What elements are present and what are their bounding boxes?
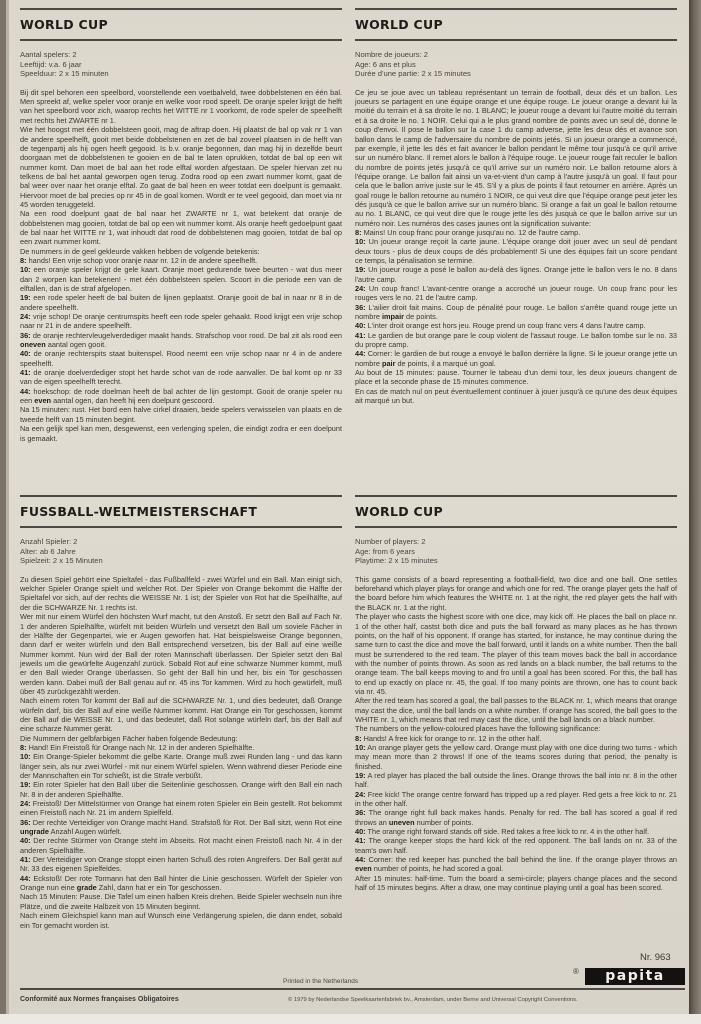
rule-item: 10: een oranje speler krijgt de gele kaa… [20,265,342,293]
rule-paragraph: Nach 15 Minuten: Pause. Die Tafel um ein… [20,892,342,911]
field-number: 24: [355,284,366,293]
meta-line: Leeftijd: v.a. 6 jaar [20,60,342,70]
field-number: 19: [355,265,366,274]
rule-item: 8: hands! Een vrije schop voor oranje na… [20,256,342,265]
rule-item: 8: Mains! Un coup franc pour orange jusq… [355,228,677,237]
rule-item: 40: Der rechte Stürmer von Orange steht … [20,836,342,855]
footer-divider [20,988,685,990]
rule-item: 40: L'inter droit orange est hors jeu. R… [355,321,677,330]
field-number: 40: [20,836,31,845]
emphasis: even [355,864,372,873]
emphasis: uneven [389,818,415,827]
field-number: 19: [20,780,31,789]
rule-item: 41: Der Verteidiger von Orange stoppt ei… [20,855,342,874]
rule-item: 44: Corner: le gardien de but rouge a en… [355,349,677,368]
registered-mark: ® [573,967,579,976]
meta-line: Speelduur: 2 x 15 minuten [20,69,342,79]
rule-item: 24: Un coup franc! L'avant-centre orange… [355,284,677,303]
rule-item: 8: Hands! A free kick for orange to nr. … [355,734,677,743]
rule-item: 19: A red player has placed the ball out… [355,771,677,790]
emphasis: even [34,396,51,405]
rule-item: 19: een rode speler heeft de bal buiten … [20,293,342,312]
field-number: 36: [20,818,31,827]
meta-line: Alter: ab 6 Jahre [20,547,342,557]
rule-item: 19: Ein roter Spieler hat den Ball über … [20,780,342,799]
rule-item: 10: Ein Orange-Spieler bekommt die gelbe… [20,752,342,780]
field-number: 41: [355,331,366,340]
rule-paragraph: Bij dit spel behoren een speelbord, voor… [20,88,342,125]
field-number: 8: [20,743,27,752]
field-number: 40: [355,321,366,330]
field-number: 8: [355,734,362,743]
rule-paragraph: Die Nummern der gelbfarbigen Fächer habe… [20,734,342,743]
game-meta: Aantal spelers: 2Leeftijd: v.a. 6 jaarSp… [20,50,342,79]
rule-item: 44: hoekschop: de rode doelman heeft de … [20,387,342,406]
printed-in: Printed in the Netherlands [283,978,358,985]
emphasis: ungrade [20,827,49,836]
field-number: 36: [355,303,366,312]
rule-paragraph: The numbers on the yellow-coloured place… [355,724,677,733]
rule-paragraph: Wie het hoogst met één dobbelsteen gooit… [20,125,342,209]
rules-text: Zu diesen Spiel gehört eine Spieltafel -… [20,575,342,930]
field-number: 8: [20,256,27,265]
section-german: FUSSBALL-WELTMEISTERSCHAFT Anzahl Spiele… [20,495,342,930]
meta-line: Aantal spelers: 2 [20,50,342,60]
section-title: FUSSBALL-WELTMEISTERSCHAFT [20,497,342,526]
article-number: Nr. 963 [640,952,671,963]
emphasis: impair [382,312,404,321]
rule-paragraph: After the red team has scored a goal, th… [355,696,677,724]
rule-paragraph: Au bout de 15 minutes: pause. Tourner le… [355,368,677,387]
game-meta: Nombre de joueurs: 2Age: 6 ans et plusDu… [355,50,677,79]
rule-item: 19: Un joueur rouge a posé le ballon au-… [355,265,677,284]
field-number: 44: [20,874,31,883]
section-english: WORLD CUP Number of players: 2Age: from … [355,495,677,892]
rule-paragraph: Wer mit nur einem Würfel den höchsten Wu… [20,612,342,696]
field-number: 41: [20,855,31,864]
rule-item: 10: An orange player gets the yellow car… [355,743,677,771]
rule-paragraph: En cas de match nul on peut éventuelleme… [355,387,677,406]
field-number: 36: [355,808,366,817]
meta-line: Nombre de joueurs: 2 [355,50,677,60]
emphasis: grade [77,883,97,892]
field-number: 10: [20,265,31,274]
field-number: 44: [355,855,366,864]
meta-line: Number of players: 2 [355,537,677,547]
emphasis: oneven [20,340,46,349]
rule-item: 40: de oranje rechterspits staat buitens… [20,349,342,368]
rule-item: 8: Hand! Ein Freistoß für Orange nach Nr… [20,743,342,752]
rule-paragraph: Ce jeu se joue avec un tableau représent… [355,88,677,228]
rule-item: 36: Der rechte Verteidiger von Orange ma… [20,818,342,837]
rule-item: 24: vrije schop! De oranje centrumspits … [20,312,342,331]
rule-item: 36: The orange right full back makes han… [355,808,677,827]
divider [355,526,677,528]
meta-line: Spielzeit: 2 x 15 Minuten [20,556,342,566]
field-number: 44: [20,387,31,396]
rule-paragraph: The player who casts the highest score w… [355,612,677,696]
rules-text: Ce jeu se joue avec un tableau représent… [355,88,677,406]
conformity-note: Conformité aux Normes françaises Obligat… [20,996,179,1003]
field-number: 19: [355,771,366,780]
rule-paragraph: Na een gelijk spel kan men, desgewenst, … [20,424,342,443]
game-meta: Number of players: 2Age: from 6 yearsPla… [355,537,677,566]
rule-paragraph: Nach einem Gleichspiel kann man auf Wuns… [20,911,342,930]
divider [20,39,342,41]
meta-line: Age: 6 ans et plus [355,60,677,70]
field-number: 19: [20,293,31,302]
rule-item: 41: The orange keeper stops the hard kic… [355,836,677,855]
rule-paragraph: Na een rood doelpunt gaat de bal naar he… [20,209,342,246]
field-number: 10: [355,743,366,752]
rule-item: 44: Eckstoß! Der rote Tormann hat den Ba… [20,874,342,893]
rule-item: 24: Freistoß! Der Mittelstürmer von Oran… [20,799,342,818]
emphasis: pair [382,359,395,368]
box-edge [689,0,701,1024]
copyright-note: © 1979 by Nederlandse Speelkaartenfabrie… [288,997,578,1003]
rule-item: 41: de oranje doelverdediger stopt het h… [20,368,342,387]
divider [20,526,342,528]
papita-logo: papita [585,968,685,985]
meta-line: Durée d'une partie: 2 x 15 minutes [355,69,677,79]
field-number: 10: [355,237,366,246]
rule-paragraph: Nach einem roten Tor kommt der Ball auf … [20,696,342,733]
field-number: 44: [355,349,366,358]
background-strip [0,1014,701,1024]
field-number: 41: [355,836,366,845]
meta-line: Playtime: 2 x 15 minutes [355,556,677,566]
section-title: WORLD CUP [355,497,677,526]
rules-text: Bij dit spel behoren een speelbord, voor… [20,88,342,443]
field-number: 36: [20,331,31,340]
field-number: 24: [20,799,31,808]
meta-line: Age: from 6 years [355,547,677,557]
section-french: WORLD CUP Nombre de joueurs: 2Age: 6 ans… [355,8,677,405]
rule-paragraph: After 15 minutes: half-time. Turn the bo… [355,874,677,893]
section-title: WORLD CUP [20,10,342,39]
rule-paragraph: Na 15 minuten: rust. Het bord een halve … [20,405,342,424]
rule-paragraph: Zu diesen Spiel gehört eine Spieltafel -… [20,575,342,612]
divider [355,39,677,41]
game-meta: Anzahl Spieler: 2Alter: ab 6 JahreSpielz… [20,537,342,566]
field-number: 41: [20,368,31,377]
rule-item: 40: The orange right forward stands off … [355,827,677,836]
rule-item: 36: de oranje rechtervleugelverdediger m… [20,331,342,350]
meta-line: Anzahl Spieler: 2 [20,537,342,547]
rule-item: 41: Le gardien de but orange pare le cou… [355,331,677,350]
field-number: 40: [355,827,366,836]
rule-item: 10: Un joueur orange reçoit la carte jau… [355,237,677,265]
field-number: 40: [20,349,31,358]
rule-paragraph: This game consists of a board representi… [355,575,677,612]
rule-item: 36: L'ailier droit fait mains. Coup de p… [355,303,677,322]
field-number: 10: [20,752,31,761]
rule-paragraph: De nummers in de geel gekleurde vakken h… [20,247,342,256]
rules-text: This game consists of a board representi… [355,575,677,893]
section-title: WORLD CUP [355,10,677,39]
field-number: 24: [20,312,31,321]
rule-item: 44: Corner: the red keeper has punched t… [355,855,677,874]
field-number: 24: [355,790,366,799]
section-dutch: WORLD CUP Aantal spelers: 2Leeftijd: v.a… [20,8,342,443]
field-number: 8: [355,228,362,237]
rule-item: 24: Free kick! The orange centre forward… [355,790,677,809]
